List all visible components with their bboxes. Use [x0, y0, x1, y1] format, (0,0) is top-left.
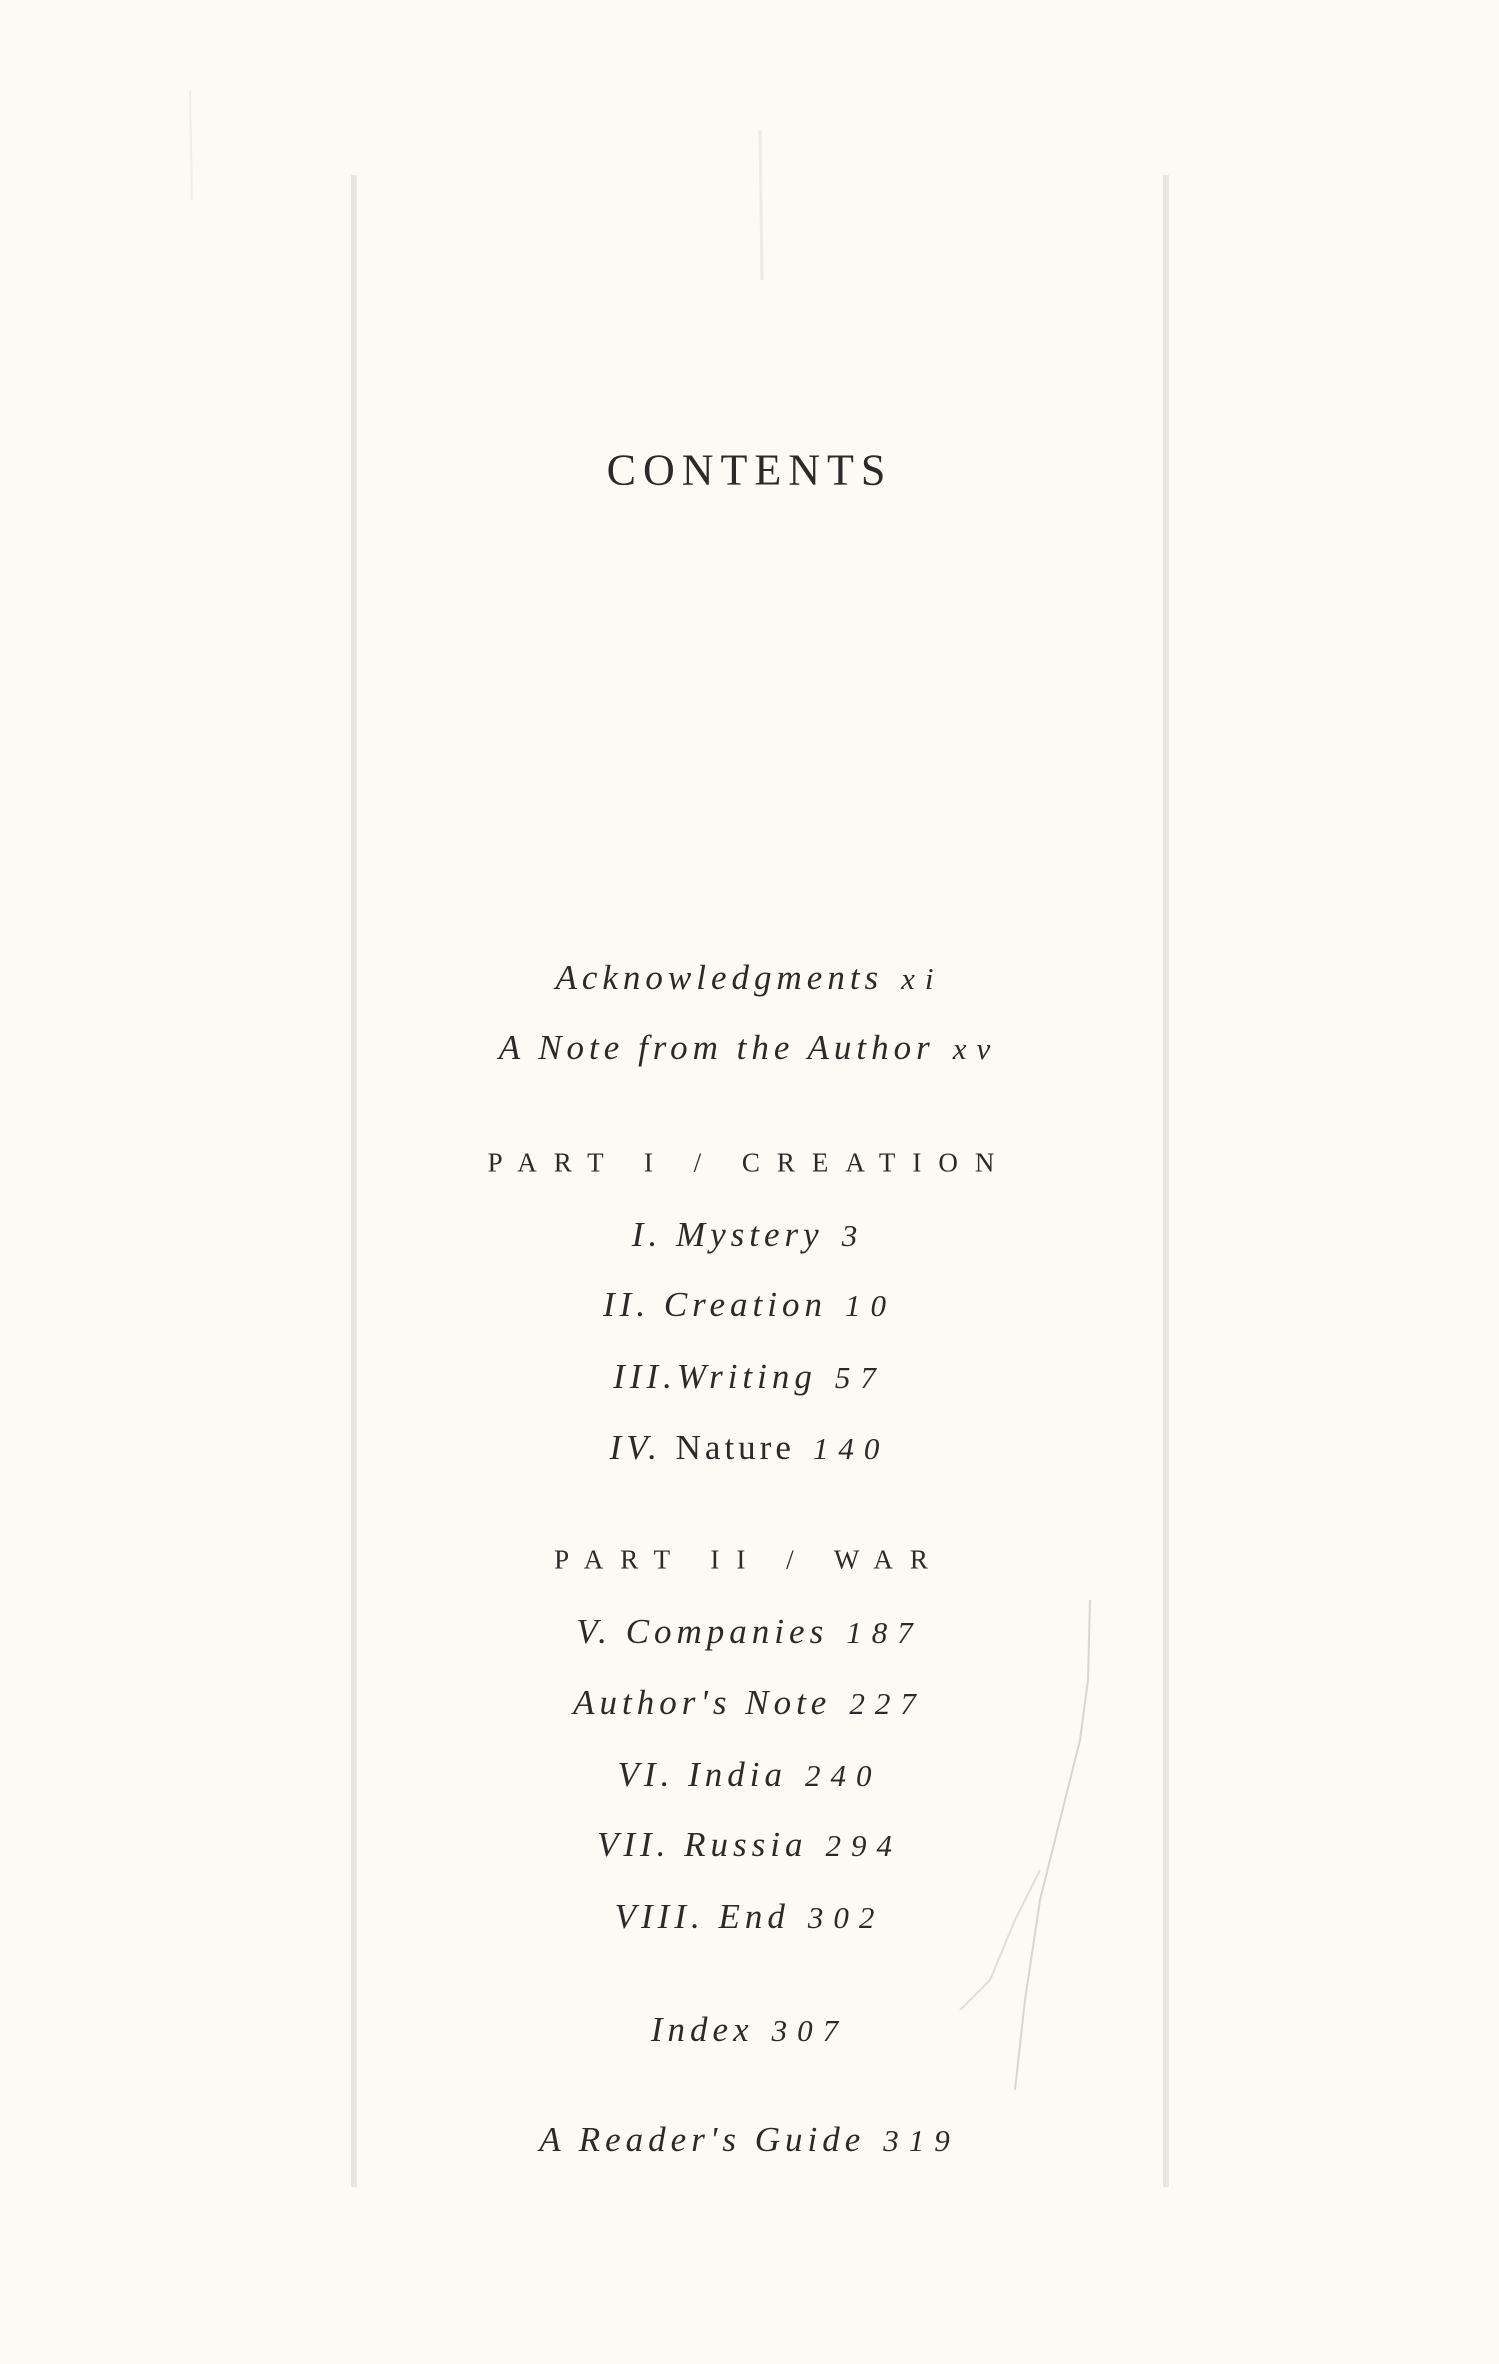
- toc-entry-page: 294: [826, 1828, 903, 1863]
- toc-entry-label: A Reader's Guide: [539, 2120, 865, 2159]
- toc-entry-label: Nature: [676, 1428, 795, 1467]
- toc-entry-companies[interactable]: V. Companies187: [0, 1612, 1499, 1652]
- toc-entry-page: 319: [883, 2123, 960, 2158]
- toc-entry-label: Acknowledgments: [555, 958, 883, 997]
- toc-entry-label: Mystery: [676, 1215, 824, 1254]
- toc-entry-nature[interactable]: IV. Nature140: [0, 1428, 1499, 1468]
- toc-entry-page: 3: [842, 1218, 868, 1253]
- toc-entry-page: xi: [901, 961, 943, 996]
- toc-entry-index[interactable]: Index307: [0, 2010, 1499, 2050]
- toc-entry-authors-note[interactable]: Author's Note227: [0, 1683, 1499, 1723]
- toc-entry-label: Russia: [684, 1825, 807, 1864]
- toc-entry-label: Companies: [626, 1612, 829, 1651]
- toc-entry-page: 307: [772, 2013, 849, 2048]
- part-heading-creation: PART I / CREATION: [0, 1148, 1499, 1179]
- chapter-numeral: VI.: [618, 1755, 675, 1794]
- toc-entry-readers-guide[interactable]: A Reader's Guide319: [0, 2120, 1499, 2160]
- toc-entry-page: 187: [846, 1615, 923, 1650]
- toc-entry-page: xv: [953, 1031, 1001, 1066]
- toc-entry-label: Creation: [664, 1285, 827, 1324]
- toc-entry-creation[interactable]: II. Creation10: [0, 1285, 1499, 1325]
- toc-entry-label: Index: [651, 2010, 754, 2049]
- chapter-numeral: I.: [632, 1215, 662, 1254]
- toc-entry-page: 140: [813, 1431, 890, 1466]
- toc-entry-label: A Note from the Author: [499, 1028, 935, 1067]
- toc-entry-writing[interactable]: III.Writing57: [0, 1357, 1499, 1397]
- toc-entry-page: 240: [805, 1758, 882, 1793]
- toc-entry-russia[interactable]: VII. Russia294: [0, 1825, 1499, 1865]
- page-title: CONTENTS: [0, 445, 1499, 496]
- toc-entry-page: 302: [808, 1900, 885, 1935]
- toc-entry-mystery[interactable]: I. Mystery3: [0, 1215, 1499, 1255]
- toc-entry-label: Author's Note: [573, 1683, 831, 1722]
- toc-entry-page: 10: [845, 1288, 896, 1323]
- chapter-numeral: VIII.: [615, 1897, 705, 1936]
- chapter-numeral: IV.: [610, 1428, 662, 1467]
- part-heading-war: PART II / WAR: [0, 1545, 1499, 1576]
- chapter-numeral: VII.: [597, 1825, 670, 1864]
- toc-entry-label: India: [688, 1755, 787, 1794]
- toc-entry-label: End: [718, 1897, 789, 1936]
- toc-entry-note-from-author[interactable]: A Note from the Authorxv: [0, 1028, 1499, 1068]
- toc-entry-end[interactable]: VIII. End302: [0, 1897, 1499, 1937]
- chapter-numeral: III.: [613, 1357, 677, 1396]
- toc-entry-label: Writing: [677, 1357, 817, 1396]
- chapter-numeral: II.: [603, 1285, 650, 1324]
- toc-entry-india[interactable]: VI. India240: [0, 1755, 1499, 1795]
- chapter-numeral: V.: [576, 1612, 612, 1651]
- toc-entry-page: 227: [849, 1686, 926, 1721]
- toc-entry-acknowledgments[interactable]: Acknowledgmentsxi: [0, 958, 1499, 998]
- toc-entry-page: 57: [835, 1360, 886, 1395]
